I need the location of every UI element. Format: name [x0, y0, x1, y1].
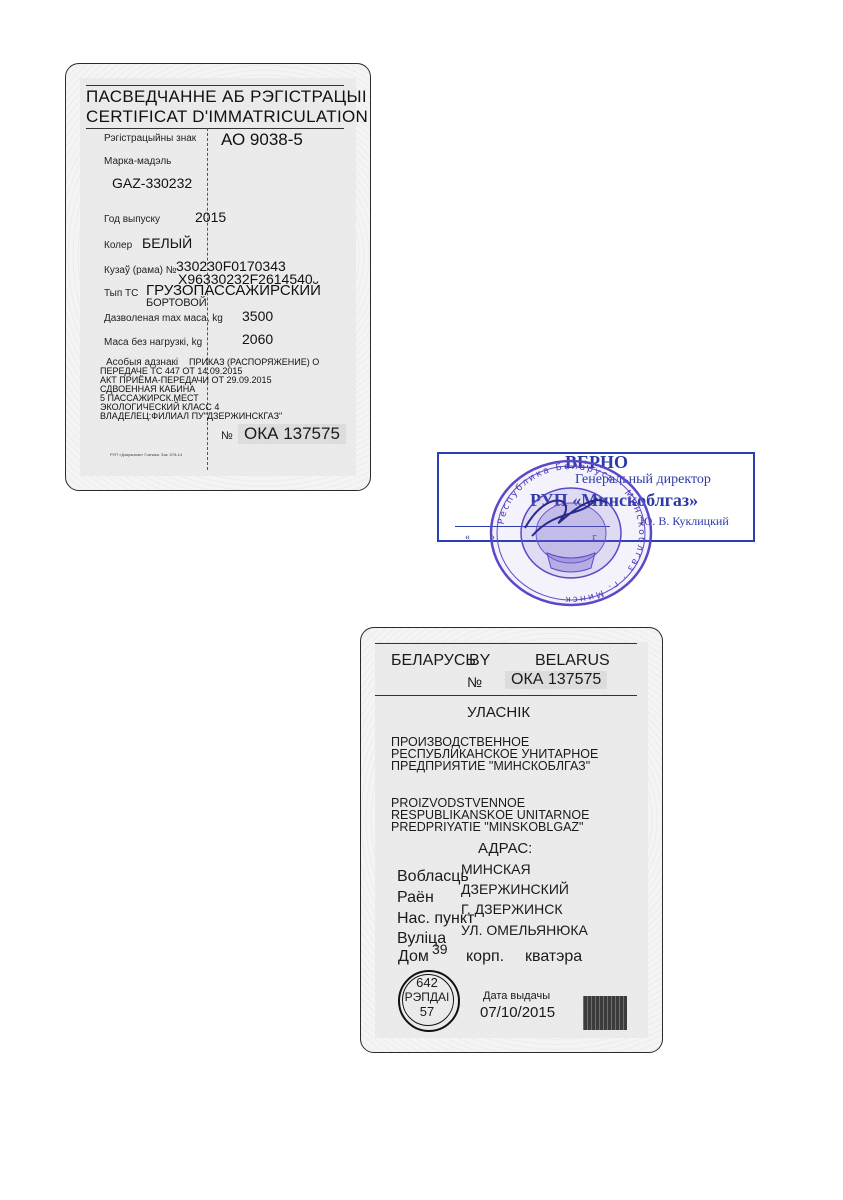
unladen-mass-value: 2060: [242, 331, 273, 347]
region-label: Вобласць: [397, 868, 469, 886]
district-value: ДЗЕРЖИНСКИЙ: [461, 881, 569, 897]
printer-note: РУП «Дзяржзнак» Гознака. Зак. 578-14: [110, 452, 182, 457]
year-label: Год выпуску: [104, 214, 160, 225]
serial-number-front: ОКА 137575: [238, 424, 346, 444]
make-model-label: Марка-мадэль: [104, 156, 171, 167]
serial-number-sign: №: [221, 430, 233, 442]
owner-ru-line-3: ПРЕДПРИЯТИЕ "МИНСКОБЛГАЗ": [391, 759, 590, 773]
color-value: БЕЛЫЙ: [142, 235, 192, 251]
house-value: 39: [432, 941, 448, 957]
make-model-value: GAZ-330232: [112, 175, 192, 191]
issue-date-label: Дата выдачы: [483, 990, 550, 1002]
street-value: УЛ. ОМЕЛЬЯНЮКА: [461, 922, 588, 938]
body-number-label: Кузаў (рама) №: [104, 265, 176, 276]
max-mass-label: Дазволеная max маса, kg: [104, 313, 223, 324]
header-top-rule: [86, 85, 344, 86]
locality-value: Г. ДЗЕРЖИНСК: [461, 901, 562, 917]
district-label: Раён: [397, 889, 434, 907]
registration-label: Рэгістрацыйны знак: [104, 133, 196, 144]
vehicle-type-label: Тып ТС: [104, 288, 138, 299]
issue-date-value: 07/10/2015: [480, 1004, 555, 1021]
color-label: Колер: [104, 240, 132, 251]
seal-code-mid: РЭПДАІ: [404, 990, 450, 1004]
unladen-mass-label: Маса без нагрузкі, kg: [104, 337, 202, 348]
max-mass-value: 3500: [242, 308, 273, 324]
back-top-rule: [375, 643, 637, 644]
country-code: BY: [469, 652, 490, 670]
back-middle-rule: [375, 695, 637, 696]
building-label: корп.: [466, 948, 504, 966]
seal-code-top: 642: [416, 975, 438, 990]
house-label: Дом: [398, 948, 429, 966]
region-value: МИНСКАЯ: [461, 861, 531, 877]
apartment-label: кватэра: [525, 948, 582, 966]
certificate-title-by: ПАСВЕДЧАННЕ АБ РЭГІСТРАЦЫІ: [86, 87, 367, 107]
back-number-sign: №: [467, 674, 482, 690]
notes-line-7: ВЛАДЕЛЕЦ:ФИЛИАЛ ПУ"ДЗЕРЖИНСКГАЗ": [100, 411, 282, 421]
security-hologram-icon: [583, 996, 627, 1030]
owner-heading: УЛАСНІК: [467, 704, 530, 721]
address-heading: АДРАС:: [478, 840, 532, 857]
country-name-en: BELARUS: [535, 652, 610, 670]
registration-value: АО 9038-5: [221, 130, 303, 150]
company-seal-icon: Республика Беларусь · Минскоблгаз · г. М…: [487, 458, 655, 608]
certificate-title-fr: CERTIFICAT D'IMMATRICULATION: [86, 107, 368, 127]
serial-number-back: ОКА 137575: [505, 671, 607, 689]
country-name-by: БЕЛАРУСЬ: [391, 652, 476, 670]
year-value: 2015: [195, 209, 226, 225]
vehicle-type-value-2: БОРТОВОЙ: [146, 297, 207, 309]
owner-lat-line-3: PREDPRIYATIE "MINSKOBLGAZ": [391, 820, 583, 834]
header-bottom-rule: [86, 128, 344, 129]
seal-code-bottom: 57: [416, 1004, 438, 1019]
